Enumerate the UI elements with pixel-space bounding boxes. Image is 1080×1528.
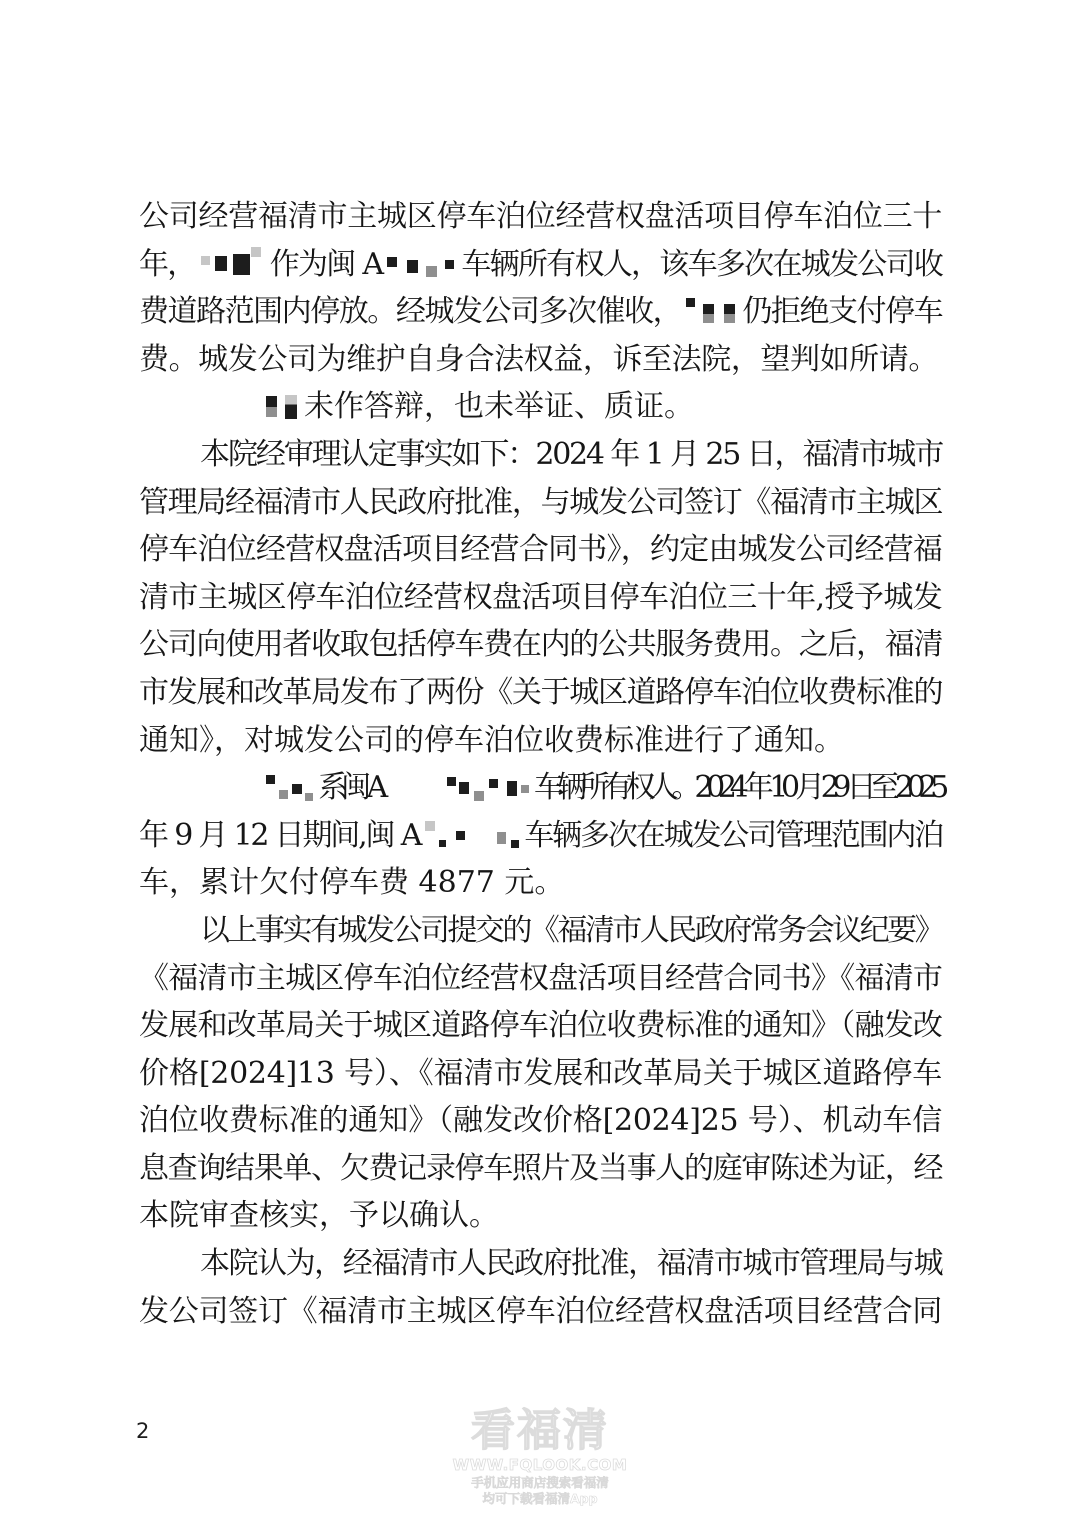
text-line: 车，累计欠付停车费 4877 元。 — [139, 859, 942, 907]
text-line: 《福清市主城区停车泊位经营权盘活项目经营合同书》《福清市 — [139, 955, 942, 1003]
text-run: 息查询结果单、欠费记录停车照片及当事人的庭审陈述为证，经 — [139, 1151, 942, 1186]
text-run: 费道路范围内停放。经城发公司多次催收， — [139, 294, 681, 329]
text-run: 费。城发公司为维护自身合法权益，诉至法院，望判如所请。 — [139, 342, 938, 377]
text-run: 发展和改革局关于城区道路停车泊位收费标准的通知》（融发改 — [139, 1008, 942, 1043]
text-run: 市发展和改革局发布了两份《关于城区道路停车泊位收费标准的 — [139, 675, 942, 710]
redaction-block — [489, 779, 498, 788]
text-run: 本院认为，经福清市人民政府批准，福清市城市管理局与城 — [200, 1246, 942, 1281]
text-run: 以上事实有城发公司提交的《福清市人民政府常务会议纪要》 — [200, 913, 942, 948]
text-line: 公司向使用者收取包括停车费在内的公共服务费用。之后，福清 — [139, 621, 942, 669]
text-line: 息查询结果单、欠费记录停车照片及当事人的庭审陈述为证，经 — [139, 1145, 942, 1193]
redaction-block — [447, 777, 456, 786]
text-line: 发公司签订《福清市主城区停车泊位经营权盘活项目经营合同 — [139, 1288, 942, 1336]
page-number: 2 — [136, 1419, 149, 1443]
text-line: 市发展和改革局发布了两份《关于城区道路停车泊位收费标准的 — [139, 669, 942, 717]
redaction-block — [266, 396, 277, 417]
redacted-text — [386, 764, 529, 812]
text-line: 系闽 A车辆所有权人。2024 年 10 月 29 日至 2025 — [139, 764, 942, 812]
redaction-block — [279, 790, 288, 799]
redacted-text — [205, 383, 299, 431]
redacted-text — [425, 812, 519, 860]
text-line: 以上事实有城发公司提交的《福清市人民政府常务会议纪要》 — [139, 907, 942, 955]
text-line: 价格[2024]13 号）、《福清市发展和改革局关于城区道路停车 — [139, 1050, 942, 1098]
redaction-block — [407, 260, 418, 273]
text-line: 费道路范围内停放。经城发公司多次催收，仍拒绝支付停车 — [139, 288, 942, 336]
text-run: 仍拒绝支付停车 — [742, 294, 942, 329]
text-line: 年，作为闽 A车辆所有权人，该车多次在城发公司收 — [139, 241, 942, 289]
redaction-block — [459, 782, 469, 794]
text-run: 管理局经福清市人民政府批准，与城发公司签订《福清市主城区 — [139, 485, 942, 520]
text-line: 未作答辩，也未举证、质证。 — [139, 383, 942, 431]
watermark-note-2: 均可下载看福清App — [450, 1491, 630, 1506]
watermark-title: 看福清 — [450, 1406, 630, 1456]
redaction-block — [387, 257, 397, 267]
text-run: 泊位收费标准的通知》（融发改价格[2024]25 号）、机动车信 — [139, 1103, 942, 1138]
text-run: 停车泊位经营权盘活项目经营合同书》，约定由城发公司经营福 — [139, 532, 942, 567]
text-run: 车辆所有权人。2024 年 10 月 29 日至 2025 — [534, 770, 942, 805]
text-run: 《福清市主城区停车泊位经营权盘活项目经营合同书》《福清市 — [139, 961, 942, 996]
redaction-block — [266, 775, 275, 784]
watermark: 看福清 WWW.FQLOOK.COM 手机应用商店搜索看福清 均可下载看福清Ap… — [450, 1406, 630, 1506]
document-body: 公司经营福清市主城区停车泊位经营权盘活项目停车泊位三十年，作为闽 A车辆所有权人… — [139, 193, 942, 1335]
document-page: 公司经营福清市主城区停车泊位经营权盘活项目停车泊位三十年，作为闽 A车辆所有权人… — [0, 0, 1080, 1528]
text-run: 车辆所有权人，该车多次在城发公司收 — [461, 247, 942, 282]
redaction-block — [445, 260, 454, 269]
text-line: 停车泊位经营权盘活项目经营合同书》，约定由城发公司经营福 — [139, 526, 942, 574]
text-run: 发公司签订《福清市主城区停车泊位经营权盘活项目经营合同 — [139, 1294, 942, 1329]
watermark-url: WWW.FQLOOK.COM — [450, 1457, 630, 1474]
redaction-block — [521, 785, 529, 793]
text-line: 泊位收费标准的通知》（融发改价格[2024]25 号）、机动车信 — [139, 1097, 942, 1145]
text-run: 未作答辩，也未举证、质证。 — [304, 389, 694, 424]
text-line: 费。城发公司为维护自身合法权益，诉至法院，望判如所请。 — [139, 336, 942, 384]
redaction-block — [215, 256, 227, 271]
text-line: 清市主城区停车泊位经营权盘活项目停车泊位三十年,授予城发 — [139, 574, 942, 622]
text-line: 本院审查核实，予以确认。 — [139, 1192, 942, 1240]
redaction-block — [233, 254, 250, 275]
text-run: 清市主城区停车泊位经营权盘活项目停车泊位三十年,授予城发 — [139, 580, 942, 615]
redaction-block — [305, 793, 313, 801]
text-line: 本院经审理认定事实如下：2024 年 1 月 25 日，福清市城市 — [139, 431, 942, 479]
redaction-block — [439, 840, 446, 847]
redaction-block — [507, 781, 517, 796]
redaction-block — [201, 256, 210, 265]
redaction-block — [285, 395, 297, 419]
redaction-block — [724, 304, 735, 323]
text-run: 价格[2024]13 号）、《福清市发展和改革局关于城区道路停车 — [139, 1056, 942, 1091]
redacted-text — [387, 241, 456, 289]
redaction-block — [292, 784, 302, 794]
text-run: 年 9 月 12 日期间,闽 A — [139, 818, 420, 853]
text-line: 本院认为，经福清市人民政府批准，福清市城市管理局与城 — [139, 1240, 942, 1288]
redaction-block — [686, 298, 695, 307]
text-run: 本院经审理认定事实如下：2024 年 1 月 25 日，福清市城市 — [200, 437, 942, 472]
redacted-text — [205, 764, 313, 812]
text-run: 车，累计欠付停车费 4877 元。 — [139, 865, 564, 900]
text-run: 车辆多次在城发公司管理范围内泊 — [524, 818, 942, 853]
text-line: 年 9 月 12 日期间,闽 A车辆多次在城发公司管理范围内泊 — [139, 812, 942, 860]
text-line: 通知》，对城发公司的停车泊位收费标准进行了通知。 — [139, 717, 942, 765]
text-run: 通知》，对城发公司的停车泊位收费标准进行了通知。 — [139, 723, 844, 758]
redaction-block — [251, 247, 261, 257]
text-run: 系闽 A — [318, 770, 381, 805]
text-run: 公司经营福清市主城区停车泊位经营权盘活项目停车泊位三十 — [139, 199, 942, 234]
redaction-block — [497, 832, 506, 844]
redaction-block — [426, 266, 437, 277]
text-run: 本院审查核实，予以确认。 — [139, 1198, 499, 1233]
text-run: 作为闽 A — [270, 247, 383, 282]
text-line: 管理局经福清市人民政府批准，与城发公司签订《福清市主城区 — [139, 479, 942, 527]
text-run: 年， — [139, 247, 196, 282]
redaction-block — [425, 821, 435, 831]
redaction-block — [511, 840, 519, 848]
watermark-note-1: 手机应用商店搜索看福清 — [450, 1475, 630, 1490]
text-line: 发展和改革局关于城区道路停车泊位收费标准的通知》（融发改 — [139, 1002, 942, 1050]
redaction-block — [703, 304, 714, 323]
redaction-block — [456, 831, 465, 840]
text-run: 公司向使用者收取包括停车费在内的公共服务费用。之后，福清 — [139, 627, 942, 662]
redacted-text — [201, 241, 265, 289]
text-line: 公司经营福清市主城区停车泊位经营权盘活项目停车泊位三十 — [139, 193, 942, 241]
redacted-text — [686, 288, 737, 336]
redaction-block — [474, 791, 484, 801]
